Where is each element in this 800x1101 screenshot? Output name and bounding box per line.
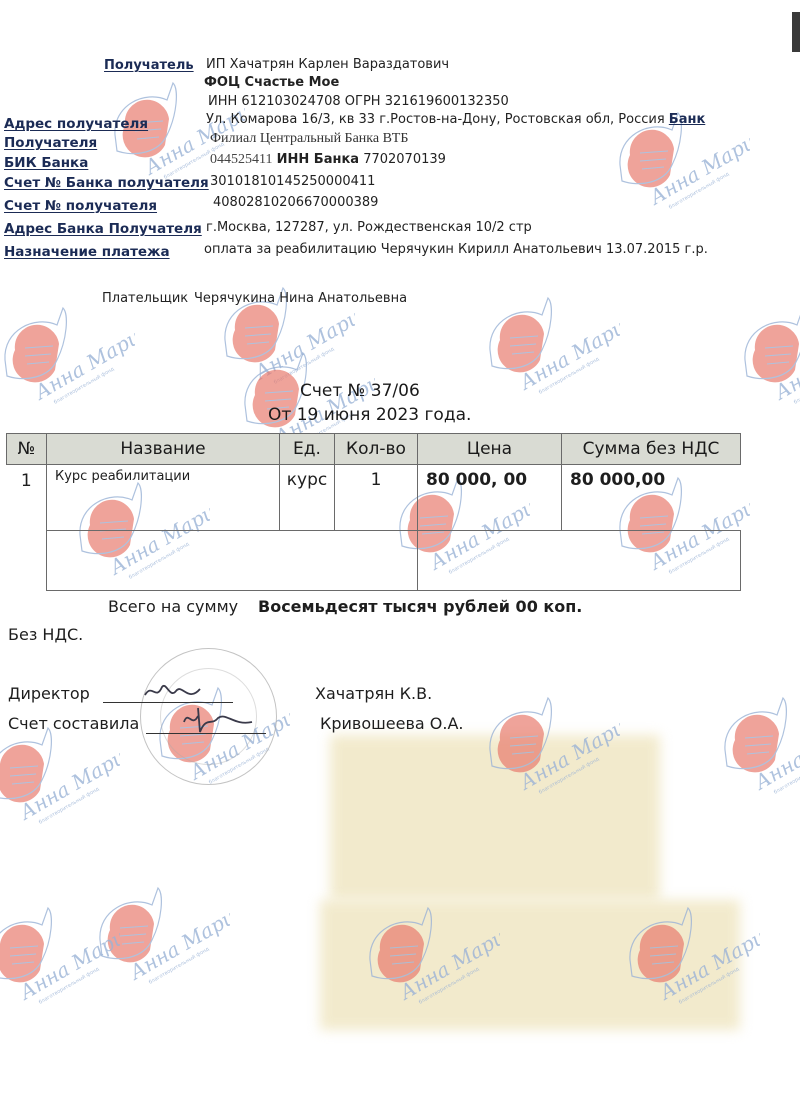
svg-text:Анна Мария: Анна Мария <box>124 898 230 985</box>
svg-text:Анна Мария: Анна Мария <box>29 318 135 405</box>
total-amount-words: Восемьдесят тысяч рублей 00 коп. <box>258 597 582 616</box>
table-row: 1 Курс реабилитации курс 1 80 000, 00 80… <box>7 465 741 531</box>
field-label-bank-account: Счет № Банка получателя <box>4 175 209 191</box>
svg-text:Анна Мария: Анна Мария <box>249 298 355 385</box>
signature-name-compiler: Кривошеева О.А. <box>320 714 464 733</box>
field-label-recipient-bank: Получателя <box>4 135 97 151</box>
field-label-account: Счет № получателя <box>4 198 157 214</box>
signature-role-director: Директор <box>8 684 90 703</box>
field-label-bank-address: Адрес Банка Получателя <box>4 221 202 237</box>
svg-text:благотворительный фонд: благотворительный фонд <box>38 785 101 826</box>
items-table: № Название Ед. Кол-во Цена Сумма без НДС… <box>6 433 741 591</box>
field-value-bank-address: г.Москва, 127287, ул. Рождественская 10/… <box>206 220 532 235</box>
field-value-account: 40802810206670000389 <box>213 195 378 210</box>
cell-price: 80 000, 00 <box>418 465 562 531</box>
cell-name: Курс реабилитации <box>47 465 280 531</box>
watermark-logo-icon: Анна Марияблаготворительный фонд <box>0 720 120 840</box>
payer-name: Черячукина Нина Анатольевна <box>194 291 407 306</box>
recipient-name: ИП Хачатрян Карлен Вараздатович <box>206 57 449 72</box>
redacted-area <box>320 900 740 1030</box>
bank-inn-number: 7702070139 <box>363 152 446 167</box>
svg-text:благотворительный фонд: благотворительный фонд <box>148 945 211 986</box>
cell-num: 1 <box>7 465 47 531</box>
field-value-bik: 044525411 ИНН Банка 7702070139 <box>210 152 446 168</box>
address-text: Ул. Комарова 16/3, кв 33 г.Ростов-на-Дон… <box>206 112 665 127</box>
field-value-purpose: оплата за реабилитацию Черячукин Кирилл … <box>204 242 708 257</box>
table-row-empty <box>7 531 741 591</box>
svg-text:благотворительный фонд: благотворительный фонд <box>793 365 800 406</box>
invoice-number: Счет № 37/06 <box>300 381 420 401</box>
cell-unit: курс <box>280 465 335 531</box>
cell-sum: 80 000,00 <box>562 465 741 531</box>
svg-text:Анна Мария: Анна Мария <box>514 308 620 395</box>
handwritten-signature-compiler <box>178 702 258 736</box>
signature-name-director: Хачатрян К.В. <box>315 684 432 703</box>
payer-label: Плательщик <box>102 291 188 306</box>
svg-text:благотворительный фонд: благотворительный фонд <box>668 170 731 211</box>
watermark-logo-icon: Анна Марияблаготворительный фонд <box>470 290 620 410</box>
signature-role-compiler: Счет составила <box>8 714 139 733</box>
table-header-row: № Название Ед. Кол-во Цена Сумма без НДС <box>7 434 741 465</box>
svg-text:Анна Мария: Анна Мария <box>644 123 750 210</box>
col-header-qty: Кол-во <box>335 434 418 465</box>
col-header-price: Цена <box>418 434 562 465</box>
col-header-sum: Сумма без НДС <box>562 434 741 465</box>
bank-inn-label: ИНН Банка <box>277 152 359 167</box>
cell-qty: 1 <box>335 465 418 531</box>
col-header-num: № <box>7 434 47 465</box>
field-value-recipient-bank: Филиал Центральный Банка ВТБ <box>210 131 408 147</box>
svg-text:благотворительный фонд: благотворительный фонд <box>38 965 101 1006</box>
svg-text:Анна Мария: Анна Мария <box>14 918 120 1005</box>
field-label-address: Адрес получателя <box>4 116 148 132</box>
svg-text:Анна Мария: Анна Мария <box>14 738 120 825</box>
field-label-bik: БИК Банка <box>4 155 88 171</box>
svg-text:благотворительный фонд: благотворительный фонд <box>538 355 601 396</box>
vat-note: Без НДС. <box>8 625 83 644</box>
watermark-logo-icon: Анна Марияблаготворительный фонд <box>0 900 120 1020</box>
col-header-unit: Ед. <box>280 434 335 465</box>
watermark-logo-icon: Анна Марияблаготворительный фонд <box>80 880 230 1000</box>
svg-text:Анна Мария: Анна Мария <box>769 318 800 405</box>
invoice-date: От 19 июня 2023 года. <box>268 405 471 425</box>
field-value-address: Ул. Комарова 16/3, кв 33 г.Ростов-на-Дон… <box>206 112 705 127</box>
field-label-purpose: Назначение платежа <box>4 244 170 260</box>
col-header-name: Название <box>47 434 280 465</box>
bank-label-suffix: Банк <box>669 112 706 127</box>
redacted-area <box>330 735 660 900</box>
field-value-bank-account: 30101810145250000411 <box>210 174 375 189</box>
scan-edge-mark <box>792 12 800 52</box>
watermark-logo-icon: Анна Марияблаготворительный фонд <box>705 690 800 810</box>
svg-text:Анна Мария: Анна Мария <box>749 708 800 795</box>
svg-text:благотворительный фонд: благотворительный фонд <box>273 345 336 386</box>
recipient-label: Получатель <box>104 58 194 73</box>
recipient-org: ФОЦ Счастье Мое <box>204 75 339 90</box>
recipient-ids: ИНН 612103024708 ОГРН 321619600132350 <box>208 94 509 109</box>
watermark-logo-icon: Анна Марияблаготворительный фонд <box>725 300 800 420</box>
svg-text:благотворительный фонд: благотворительный фонд <box>773 755 800 796</box>
total-label: Всего на сумму <box>108 597 238 616</box>
svg-text:благотворительный фонд: благотворительный фонд <box>53 365 116 406</box>
watermark-logo-icon: Анна Марияблаготворительный фонд <box>0 300 135 420</box>
bik-number: 044525411 <box>210 152 272 167</box>
